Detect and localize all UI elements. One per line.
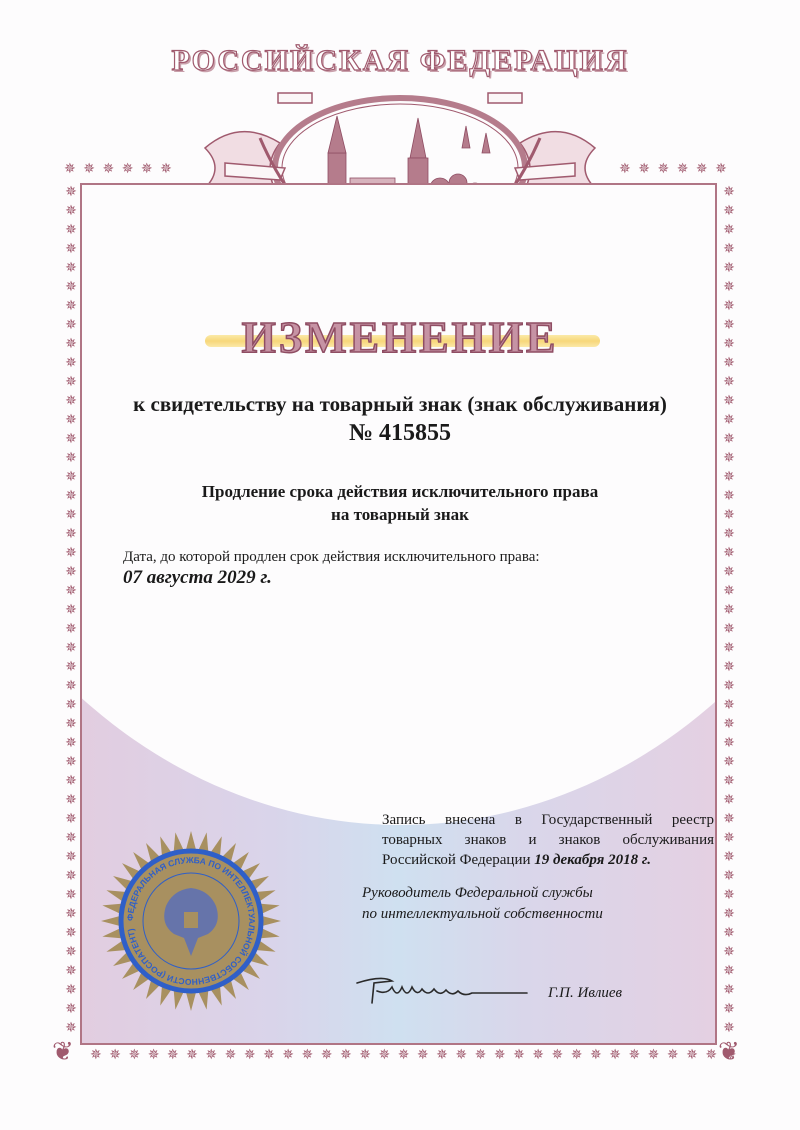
registry-line-3-prefix: Российской Федерации xyxy=(382,852,534,868)
official-seal: ФЕДЕРАЛЬНАЯ СЛУЖБА ПО ИНТЕЛЛЕКТУАЛЬНОЙ С… xyxy=(98,828,284,1014)
signatory-title: Руководитель Федеральной службы по интел… xyxy=(362,883,603,925)
corner-ornament-icon: ❦ xyxy=(52,1037,74,1067)
border-stars-top: ✵ ✵ ✵ ✵ ✵ ✵ xyxy=(619,163,729,177)
action-line-2: на товарный знак xyxy=(0,505,800,525)
certificate-subtitle: к свидетельству на товарный знак (знак о… xyxy=(0,392,800,417)
action-line-1: Продление срока действия исключительного… xyxy=(0,482,800,502)
signature-icon xyxy=(352,973,532,1009)
registry-note: Запись внесена в Государственный реестр … xyxy=(382,810,714,870)
document-type: ИЗМЕНЕНИЕ xyxy=(242,312,559,363)
registry-line-2: товарных знаков и знаков обслуживания xyxy=(382,830,714,850)
registry-date: 19 декабря 2018 г. xyxy=(534,852,651,868)
signatory-title-line-1: Руководитель Федеральной службы xyxy=(362,883,603,904)
signatory-name: Г.П. Ивлиев xyxy=(548,985,622,1002)
extension-label: Дата, до которой продлен срок действия и… xyxy=(123,549,540,566)
certificate-page: РОССИЙСКАЯ ФЕДЕРАЦИЯ xyxy=(0,0,800,1130)
corner-ornament-icon: ❦ xyxy=(718,1037,740,1067)
country-title: РОССИЙСКАЯ ФЕДЕРАЦИЯ xyxy=(0,44,800,78)
certificate-number: № 415855 xyxy=(0,420,800,447)
extension-date: 07 августа 2029 г. xyxy=(123,567,272,589)
registry-line-3: Российской Федерации 19 декабря 2018 г. xyxy=(382,850,714,870)
document-type-heading: ИЗМЕНЕНИЕ xyxy=(0,312,800,363)
signatory-title-line-2: по интеллектуальной собственности xyxy=(362,904,603,925)
border-stars-top: ✵ ✵ ✵ ✵ ✵ ✵ xyxy=(64,163,174,177)
registry-line-1: Запись внесена в Государственный реестр xyxy=(382,810,714,830)
border-stars-bottom: ✵ ✵ ✵ ✵ ✵ ✵ ✵ ✵ ✵ ✵ ✵ ✵ ✵ ✵ ✵ ✵ ✵ ✵ ✵ ✵ … xyxy=(90,1049,738,1063)
